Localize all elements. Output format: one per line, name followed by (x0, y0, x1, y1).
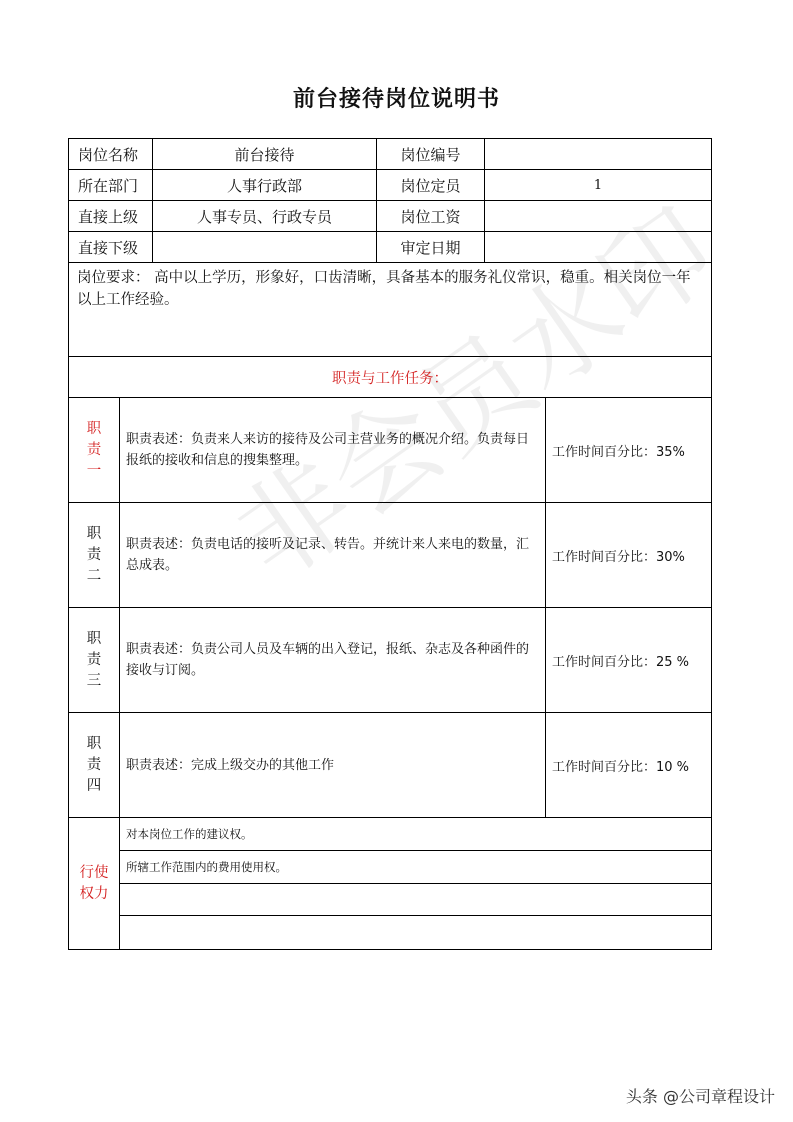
value-salary (485, 201, 711, 231)
duty-row: 职 责 二 职责表述：负责电话的接听及记录、转告。并统计来人来电的数量，汇总成表… (69, 503, 711, 608)
duty-row: 职 责 三 职责表述：负责公司人员及车辆的出入登记，报纸、杂志及各种函件的接收与… (69, 608, 711, 713)
duty-label-char: 职 (87, 734, 102, 755)
power-item: 对本岗位工作的建议权。 (120, 818, 711, 851)
label-position-name: 岗位名称 (69, 139, 153, 169)
duty-label-char: 责 (87, 545, 102, 566)
powers-section: 行使 权力 对本岗位工作的建议权。 所辖工作范围内的费用使用权。 (69, 818, 711, 949)
duty-label-char: 责 (87, 650, 102, 671)
powers-label: 行使 权力 (69, 818, 120, 949)
duty-label-char: 责 (87, 440, 102, 461)
value-approval-date (485, 232, 711, 262)
duty-label: 职 责 一 (69, 398, 120, 502)
info-row-name: 岗位名称 前台接待 岗位编号 (69, 139, 711, 170)
info-row-subordinate: 直接下级 审定日期 (69, 232, 711, 263)
duty-description: 职责表述：负责来人来访的接待及公司主营业务的概况介绍。负责每日报纸的接收和信息的… (120, 398, 546, 502)
power-item (120, 884, 711, 917)
info-row-dept: 所在部门 人事行政部 岗位定员 1 (69, 170, 711, 201)
value-department: 人事行政部 (153, 170, 377, 200)
label-salary: 岗位工资 (377, 201, 485, 231)
powers-label-line: 行使 (80, 863, 109, 884)
duty-label-char: 职 (87, 419, 102, 440)
duty-percent: 工作时间百分比：25 % (546, 608, 711, 712)
duty-percent: 工作时间百分比：35% (546, 398, 711, 502)
duty-row: 职 责 一 职责表述：负责来人来访的接待及公司主营业务的概况介绍。负责每日报纸的… (69, 398, 711, 503)
power-item (120, 916, 711, 949)
document-title: 前台接待岗位说明书 (0, 82, 793, 113)
duty-label-char: 四 (87, 776, 102, 797)
duty-label: 职 责 四 (69, 713, 120, 817)
label-department: 所在部门 (69, 170, 153, 200)
value-superior: 人事专员、行政专员 (153, 201, 377, 231)
label-position-number: 岗位编号 (377, 139, 485, 169)
job-description-table: 岗位名称 前台接待 岗位编号 所在部门 人事行政部 岗位定员 1 直接上级 人事… (68, 138, 712, 950)
duty-label: 职 责 三 (69, 608, 120, 712)
value-headcount: 1 (485, 170, 711, 200)
value-position-number (485, 139, 711, 169)
duty-label-char: 责 (87, 755, 102, 776)
duty-row: 职 责 四 职责表述：完成上级交办的其他工作 工作时间百分比：10 % (69, 713, 711, 818)
duty-label-char: 职 (87, 524, 102, 545)
duty-description: 职责表述：负责公司人员及车辆的出入登记，报纸、杂志及各种函件的接收与订阅。 (120, 608, 546, 712)
duty-label: 职 责 二 (69, 503, 120, 607)
duty-label-char: 职 (87, 629, 102, 650)
power-item: 所辖工作范围内的费用使用权。 (120, 851, 711, 884)
powers-label-line: 权力 (80, 884, 109, 905)
value-subordinate (153, 232, 377, 262)
duty-description: 职责表述：负责电话的接听及记录、转告。并统计来人来电的数量，汇总成表。 (120, 503, 546, 607)
label-superior: 直接上级 (69, 201, 153, 231)
duty-percent: 工作时间百分比：10 % (546, 713, 711, 817)
footer-attribution: 头条 @公司章程设计 (626, 1084, 775, 1107)
powers-list: 对本岗位工作的建议权。 所辖工作范围内的费用使用权。 (120, 818, 711, 949)
label-subordinate: 直接下级 (69, 232, 153, 262)
duties-header: 职责与工作任务： (69, 357, 711, 398)
duty-label-char: 二 (87, 566, 102, 587)
duty-description: 职责表述：完成上级交办的其他工作 (120, 713, 546, 817)
label-approval-date: 审定日期 (377, 232, 485, 262)
duty-label-char: 一 (87, 461, 102, 482)
label-headcount: 岗位定员 (377, 170, 485, 200)
duty-label-char: 三 (87, 671, 102, 692)
requirements-row: 岗位要求： 高中以上学历，形象好，口齿清晰，具备基本的服务礼仪常识，稳重。相关岗… (69, 263, 711, 357)
requirements-text: 岗位要求： 高中以上学历，形象好，口齿清晰，具备基本的服务礼仪常识，稳重。相关岗… (69, 263, 711, 315)
info-row-superior: 直接上级 人事专员、行政专员 岗位工资 (69, 201, 711, 232)
duty-percent: 工作时间百分比：30% (546, 503, 711, 607)
value-position-name: 前台接待 (153, 139, 377, 169)
